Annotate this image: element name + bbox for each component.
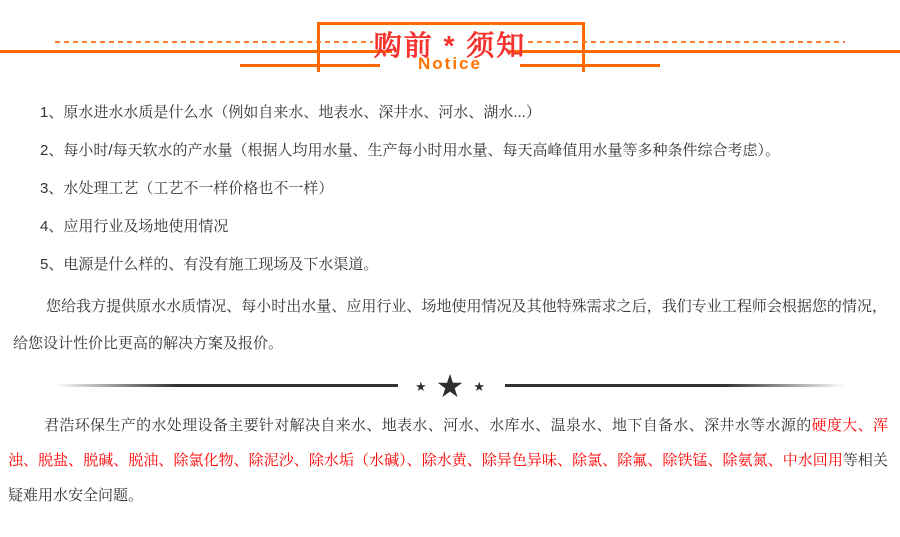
star-icon-large: ★ bbox=[436, 370, 465, 402]
paragraph-segment-intro: 君浩环保生产的水处理设备主要针对解决自来水、地表水、河水、水库水、温泉水、地下自… bbox=[44, 417, 812, 434]
notice-header: 购前 * 须知 Notice bbox=[0, 0, 900, 90]
bottom-paragraph: 君浩环保生产的水处理设备主要针对解决自来水、地表水、河水、水库水、温泉水、地下自… bbox=[8, 408, 888, 513]
divider-stars: ★ ★ ★ bbox=[0, 368, 900, 404]
notice-item-5: 5、电源是什么样的、有没有施工现场及下水渠道。 bbox=[40, 246, 882, 284]
notice-summary: 您给我方提供原水水质情况、每小时出水量、应用行业、场地使用情况及其他特殊需求之后… bbox=[13, 288, 887, 362]
star-icon-small-left: ★ bbox=[415, 380, 427, 393]
notice-item-2: 2、每小时/每天软水的产水量（根据人均用水量、生产每小时用水量、每天高峰值用水量… bbox=[40, 132, 882, 170]
star-divider: ★ ★ ★ bbox=[0, 368, 900, 404]
star-icon-small-right: ★ bbox=[473, 380, 485, 393]
page-subtitle: Notice bbox=[0, 54, 900, 74]
notice-item-1: 1、原水进水水质是什么水（例如自来水、地表水、深井水、河水、湖水...） bbox=[40, 94, 882, 132]
page-canvas: 购前 * 须知 Notice 1、原水进水水质是什么水（例如自来水、地表水、深井… bbox=[0, 0, 900, 537]
notice-list: 1、原水进水水质是什么水（例如自来水、地表水、深井水、河水、湖水...） 2、每… bbox=[0, 94, 900, 284]
notice-item-4: 4、应用行业及场地使用情况 bbox=[40, 208, 882, 246]
notice-item-3: 3、水处理工艺（工艺不一样价格也不一样） bbox=[40, 170, 882, 208]
